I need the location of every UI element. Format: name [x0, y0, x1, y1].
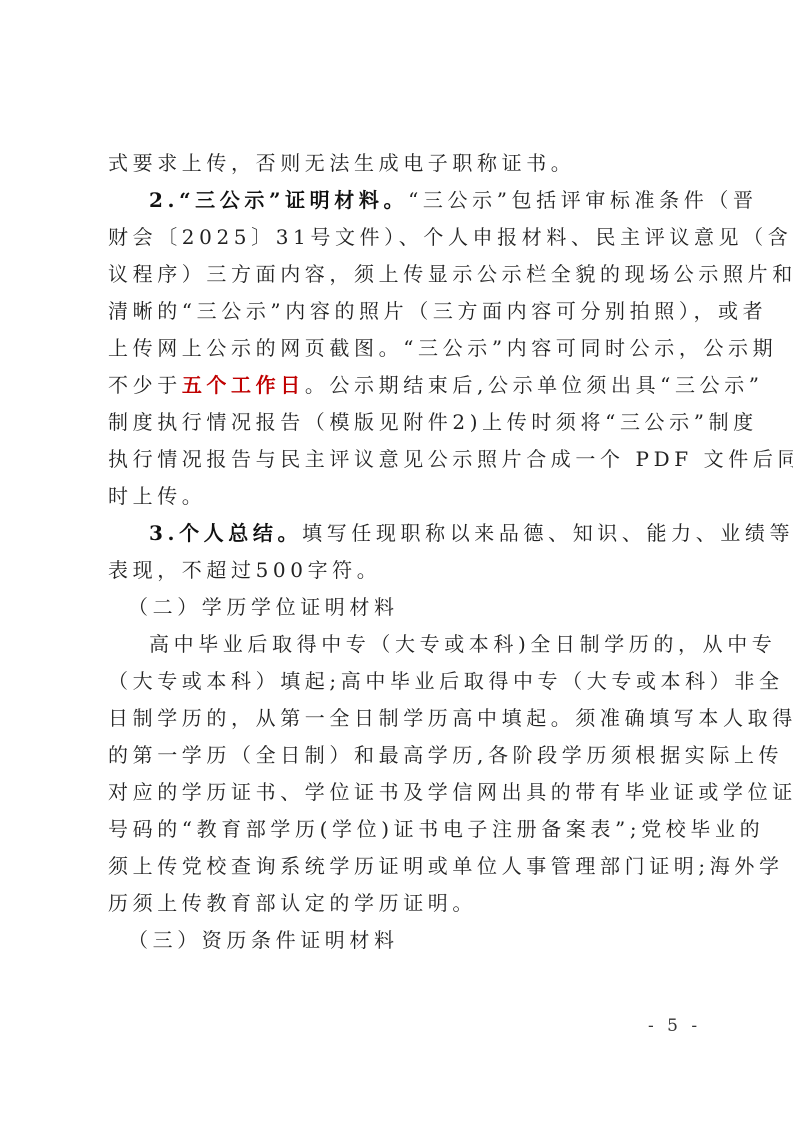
- section-heading: （三）资历条件证明材料: [108, 922, 692, 959]
- text-line: 执行情况报告与民主评议意见公示照片合成一个 PDF 文件后同: [108, 441, 692, 478]
- item-heading: 2.“三公示”证明材料。: [149, 188, 408, 212]
- paragraph-three-publicity: 2.“三公示”证明材料。“三公示”包括评审标准条件（晋 财会〔2025〕31号文…: [108, 182, 692, 515]
- document-page: 式要求上传，否则无法生成电子职称证书。 2.“三公示”证明材料。“三公示”包括评…: [108, 145, 692, 959]
- paragraph-continuation: 式要求上传，否则无法生成电子职称证书。: [108, 145, 692, 182]
- text-line: 议程序）三方面内容，须上传显示公示栏全貌的现场公示照片和: [108, 256, 692, 293]
- text-line: 时上传。: [108, 478, 692, 515]
- text-line: 2.“三公示”证明材料。“三公示”包括评审标准条件（晋: [108, 182, 692, 219]
- highlight-five-working-days: 五个工作日: [182, 373, 305, 397]
- text-line: 式要求上传，否则无法生成电子职称证书。: [108, 145, 692, 182]
- text-line: 3.个人总结。填写任现职称以来品德、知识、能力、业绩等: [108, 515, 692, 552]
- text-line: 日制学历的，从第一全日制学历高中填起。须准确填写本人取得: [108, 700, 692, 737]
- text-line: 历须上传教育部认定的学历证明。: [108, 885, 692, 922]
- text-segment: “三公示”包括评审标准条件（晋: [408, 188, 757, 212]
- text-line: 高中毕业后取得中专（大专或本科)全日制学历的，从中专: [108, 626, 692, 663]
- page-number: - 5 -: [648, 1016, 701, 1036]
- section-heading-education: （二）学历学位证明材料: [108, 589, 692, 626]
- text-line: 对应的学历证书、学位证书及学信网出具的带有毕业证或学位证: [108, 774, 692, 811]
- text-line: 表现，不超过500字符。: [108, 552, 692, 589]
- text-line: 号码的“教育部学历(学位)证书电子注册备案表”;党校毕业的: [108, 811, 692, 848]
- text-line: 须上传党校查询系统学历证明或单位人事管理部门证明;海外学: [108, 848, 692, 885]
- text-line: 不少于五个工作日。公示期结束后,公示单位须出具“三公示”: [108, 367, 692, 404]
- text-line: 上传网上公示的网页截图。“三公示”内容可同时公示，公示期: [108, 330, 692, 367]
- text-line: 清晰的“三公示”内容的照片（三方面内容可分别拍照），或者: [108, 293, 692, 330]
- text-segment: 填写任现职称以来品德、知识、能力、业绩等: [302, 521, 793, 545]
- text-line: 财会〔2025〕31号文件）、个人申报材料、民主评议意见（含评: [108, 219, 692, 256]
- text-segment: 不少于: [108, 373, 182, 397]
- text-line: 的第一学历（全日制）和最高学历,各阶段学历须根据实际上传: [108, 737, 692, 774]
- item-heading: 3.个人总结。: [149, 521, 302, 545]
- section-heading: （二）学历学位证明材料: [108, 589, 692, 626]
- text-line: （大专或本科）填起;高中毕业后取得中专（大专或本科）非全: [108, 663, 692, 700]
- text-line: 制度执行情况报告（模版见附件2)上传时须将“三公示”制度: [108, 404, 692, 441]
- paragraph-personal-summary: 3.个人总结。填写任现职称以来品德、知识、能力、业绩等 表现，不超过500字符。: [108, 515, 692, 589]
- section-heading-qualifications: （三）资历条件证明材料: [108, 922, 692, 959]
- text-segment: 。公示期结束后,公示单位须出具“三公示”: [305, 373, 764, 397]
- paragraph-education: 高中毕业后取得中专（大专或本科)全日制学历的，从中专 （大专或本科）填起;高中毕…: [108, 626, 692, 922]
